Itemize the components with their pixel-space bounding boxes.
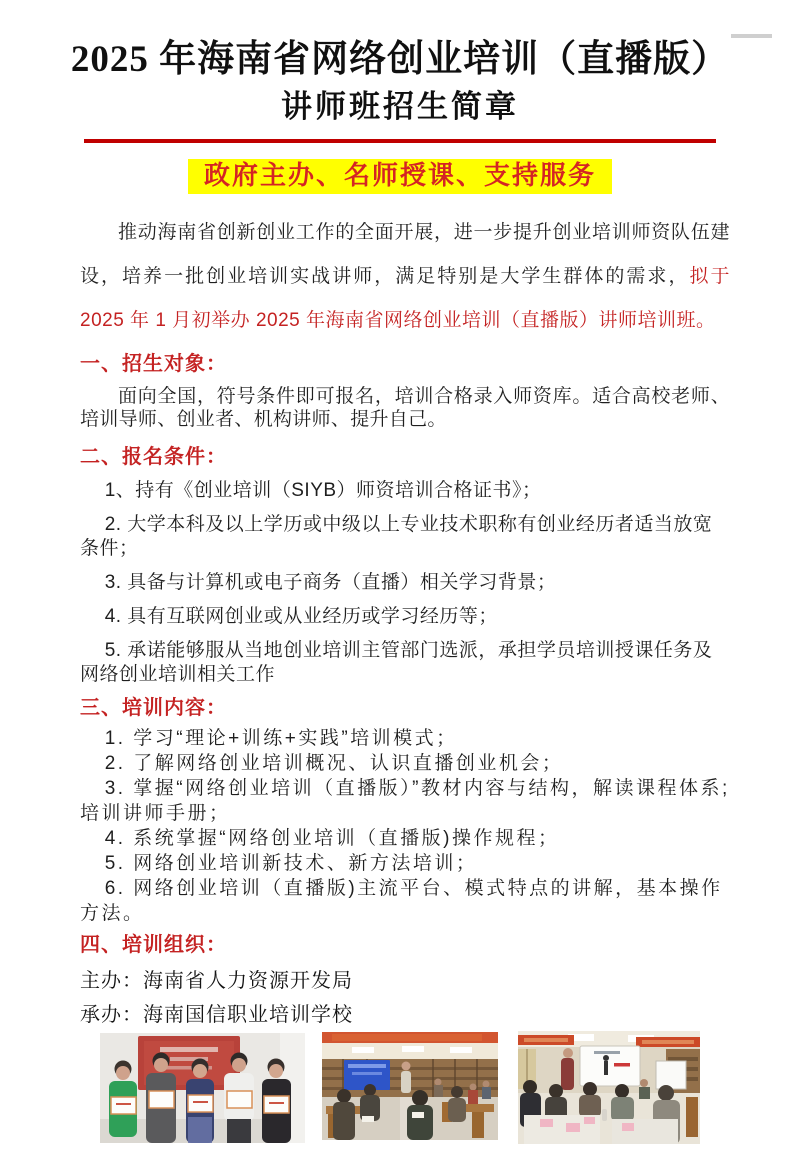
section-heading-recruitment-target: 一、招生对象： bbox=[80, 352, 730, 376]
content-item: 2. 了解网络创业培训概况、认识直播创业机会； bbox=[80, 751, 730, 776]
intro-text-black: 推动海南省创新创业工作的全面开展，进一步提升创业培训师资队伍建设，培养一批创业培… bbox=[80, 222, 730, 287]
recruitment-target-text: 面向全国，符号条件即可报名，培训合格录入师资库。适合高校老师、培训导师、创业者、… bbox=[80, 385, 730, 431]
condition-item: 2. 大学本科及以上学历或中级以上专业技术职称有创业经历者适当放宽条件； bbox=[80, 513, 730, 561]
content-item: 4. 系统掌握“网络创业培训（直播版)操作规程； bbox=[80, 826, 730, 851]
document-page: 2025 年海南省网络创业培训（直播版） 讲师班招生简章 政府主办、名师授课、支… bbox=[0, 0, 800, 1163]
certificate-ceremony-photo bbox=[100, 1033, 305, 1143]
section-heading-application-conditions: 二、报名条件： bbox=[80, 445, 730, 469]
page-title-line1: 2025 年海南省网络创业培训（直播版） bbox=[10, 38, 790, 82]
intro-paragraph: 推动海南省创新创业工作的全面开展，进一步提升创业培训师资队伍建设，培养一批创业培… bbox=[80, 211, 730, 343]
title-divider-line bbox=[84, 139, 716, 143]
classroom-white-screen-photo bbox=[518, 1031, 700, 1144]
top-right-dash bbox=[731, 34, 772, 38]
highlight-banner: 政府主办、名师授课、支持服务 bbox=[188, 159, 612, 194]
content-item: 6. 网络创业培训（直播版)主流平台、模式特点的讲解，基本操作方法。 bbox=[80, 876, 730, 926]
content-item: 3. 掌握“网络创业培训（直播版）”教材内容与结构，解读课程体系;培训讲师手册； bbox=[80, 776, 730, 826]
condition-item: 1、持有《创业培训（SIYB）师资培训合格证书》； bbox=[80, 479, 730, 503]
condition-item: 4. 具有互联网创业或从业经历或学习经历等； bbox=[80, 605, 730, 629]
document-body: 推动海南省创新创业工作的全面开展，进一步提升创业培训师资队伍建设，培养一批创业培… bbox=[0, 211, 800, 1027]
section-heading-training-content: 三、培训内容： bbox=[80, 696, 730, 720]
banner-row: 政府主办、名师授课、支持服务 bbox=[0, 159, 800, 194]
condition-item: 5. 承诺能够服从当地创业培训主管部门选派，承担学员培训授课任务及网络创业培训相… bbox=[80, 639, 730, 687]
photo-row bbox=[0, 1031, 800, 1146]
content-item: 1. 学习“理论+训练+实践”培训模式； bbox=[80, 726, 730, 751]
page-title-line2: 讲师班招生简章 bbox=[0, 88, 800, 127]
host-organization: 主办：海南省人力资源开发局 bbox=[80, 969, 730, 993]
condition-item: 3. 具备与计算机或电子商务（直播）相关学习背景； bbox=[80, 571, 730, 595]
undertaking-organization: 承办：海南国信职业培训学校 bbox=[80, 1003, 730, 1027]
section-heading-training-organization: 四、培训组织： bbox=[80, 933, 730, 957]
classroom-blue-screen-photo bbox=[322, 1032, 498, 1140]
content-item: 5. 网络创业培训新技术、新方法培训； bbox=[80, 851, 730, 876]
